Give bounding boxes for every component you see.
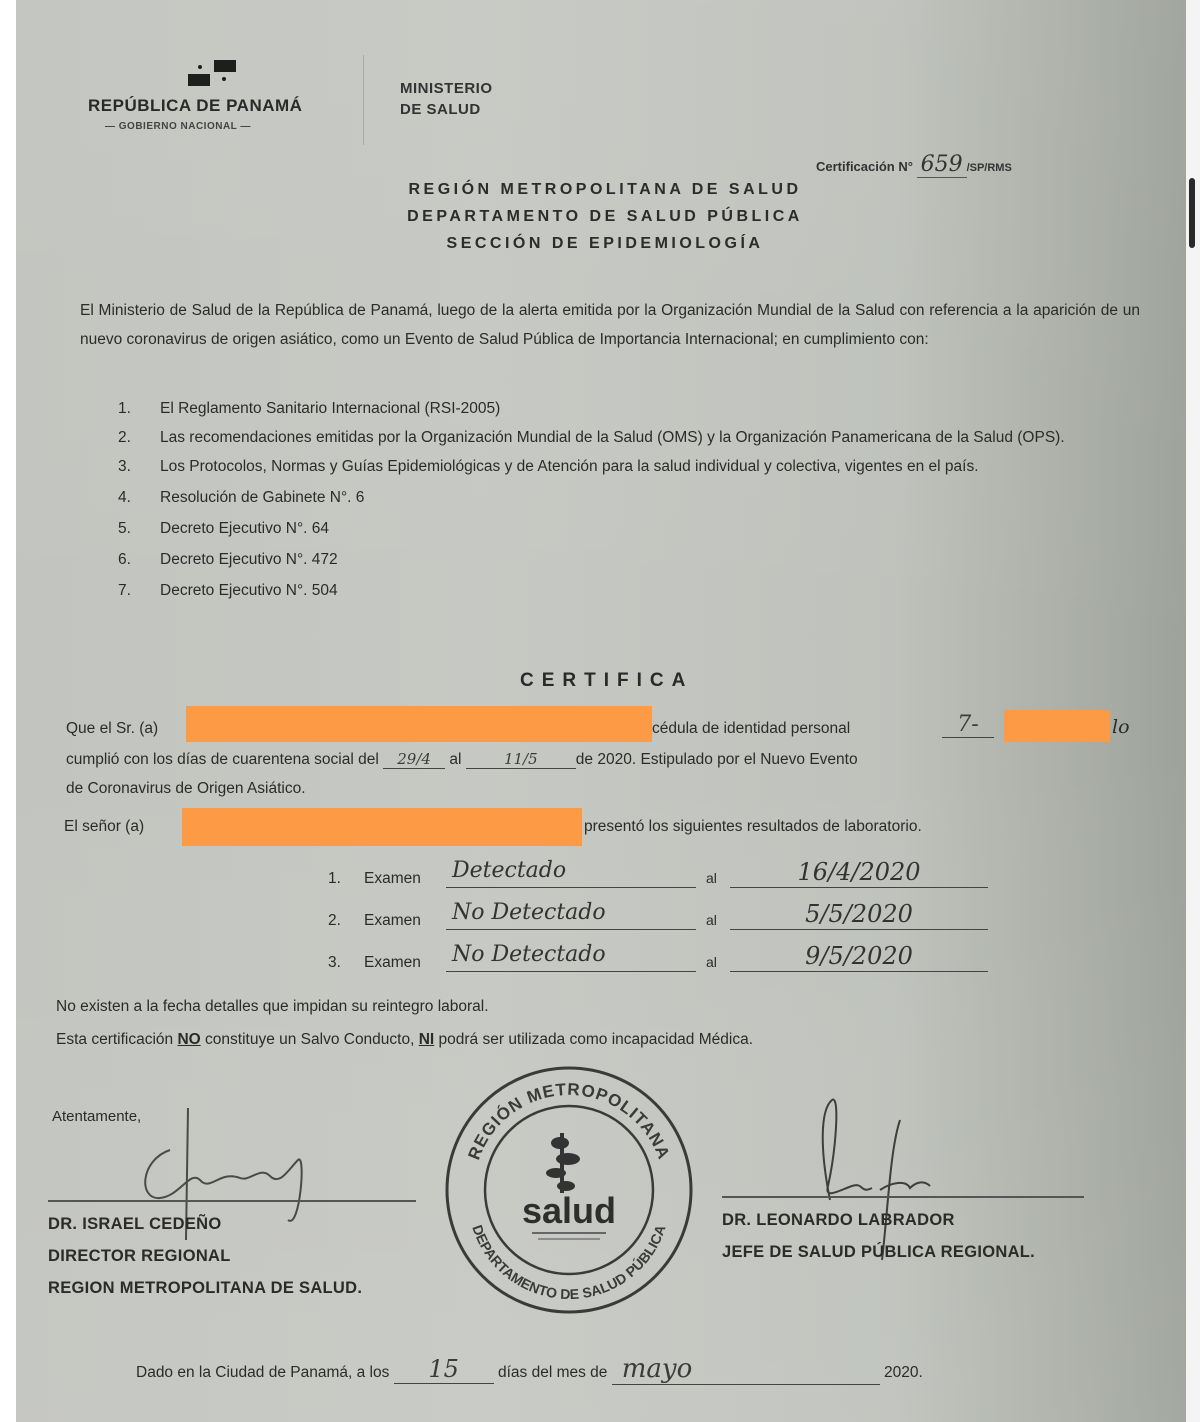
exam-number: 3. [328, 954, 341, 972]
list-item: 2.Las recomendaciones emitidas por la Or… [118, 423, 1138, 452]
issue-day: 15 [394, 1355, 494, 1384]
heading-department: DEPARTAMENTO DE SALUD PÚBLICA [350, 203, 860, 230]
year-text: de 2020. Estipulado por el Nuevo Evento [576, 751, 858, 768]
item-number: 4. [118, 483, 160, 512]
exam-al: al [706, 912, 717, 928]
statement-line-1: Que el Sr. (a) [66, 720, 158, 738]
issue-month: mayo [612, 1354, 880, 1385]
exam-al: al [706, 954, 717, 970]
item-text: Resolución de Gabinete N°. 6 [160, 483, 1138, 512]
svg-text:salud: salud [522, 1190, 616, 1231]
cumplio-label: cumplió con los días de cuarentena socia… [66, 751, 379, 768]
item-number: 1. [118, 394, 160, 423]
government-label: — GOBIERNO NACIONAL — [105, 121, 251, 132]
list-item: 7.Decreto Ejecutivo N°. 504 [118, 576, 1138, 605]
item-number: 5. [118, 514, 160, 543]
exam-label: Examen [364, 912, 421, 930]
edge-mark [1189, 178, 1195, 248]
issue-year: 2020. [884, 1364, 923, 1381]
signatory-left-org: REGION METROPOLITANA DE SALUD. [48, 1272, 362, 1304]
ministry-name: MINISTERIO DE SALUD [400, 78, 493, 120]
panama-flag-icon [188, 58, 238, 90]
cedula-label: cédula de identidad personal [652, 720, 850, 737]
redacted-cedula [1004, 710, 1110, 742]
item-number: 2. [118, 423, 160, 452]
item-text: Las recomendaciones emitidas por la Orga… [160, 423, 1138, 452]
certifica-title: CERTIFICA [520, 670, 693, 692]
from-date: 29/4 [383, 750, 445, 769]
item-number: 3. [118, 452, 160, 481]
closing-text-a: Esta certificación [56, 1031, 177, 1048]
list-item: 6.Decreto Ejecutivo N°. 472 [118, 545, 1138, 574]
statement-line-3: de Coronavirus de Origen Asiático. [66, 780, 306, 798]
issued-statement: Dado en la Ciudad de Panamá, a los 15 dí… [136, 1354, 923, 1385]
cedula-prefix: 7- [942, 712, 994, 738]
certification-suffix: /SP/RMS [967, 162, 1012, 174]
to-date: 11/5 [466, 750, 576, 769]
closing-text-c: podrá ser utilizada como incapacidad Méd… [434, 1031, 753, 1048]
item-text: Decreto Ejecutivo N°. 504 [160, 576, 1138, 605]
signatory-right-title: JEFE DE SALUD PÚBLICA REGIONAL. [722, 1236, 1035, 1268]
cedula-prefix-value: 7- [942, 712, 994, 738]
certification-label: Certificación N° [816, 159, 913, 174]
exam-date: 5/5/2020 [730, 900, 988, 930]
item-text: Los Protocolos, Normas y Guías Epidemiol… [160, 452, 1138, 481]
senor-label: El señor (a) [64, 818, 144, 836]
signatory-left-title: DIRECTOR REGIONAL [48, 1240, 362, 1272]
que-el-label: Que el Sr. (a) [66, 720, 158, 737]
redacted-name [186, 706, 652, 742]
exam-al: al [706, 870, 717, 886]
mes-label: días del mes de [498, 1364, 607, 1381]
intro-paragraph: El Ministerio de Salud de la República d… [80, 296, 1140, 354]
item-number: 7. [118, 576, 160, 605]
list-item: 4.Resolución de Gabinete N°. 6 [118, 483, 1138, 512]
exam-result: Detectado [446, 858, 696, 888]
cedula-label-line: cédula de identidad personal [652, 720, 850, 738]
statement-line-2: cumplió con los días de cuarentena socia… [66, 750, 858, 769]
signatory-right-name: DR. LEONARDO LABRADOR [722, 1204, 1035, 1236]
signature-line-left [48, 1200, 416, 1202]
exam-number: 1. [328, 870, 341, 888]
item-text: El Reglamento Sanitario Internacional (R… [160, 394, 1138, 423]
list-item: 1.El Reglamento Sanitario Internacional … [118, 394, 1138, 423]
signature-line-right [722, 1196, 1084, 1198]
closing-text: No existen a la fecha detalles que impid… [56, 990, 753, 1056]
signatory-left-name: DR. ISRAEL CEDEÑO [48, 1208, 362, 1240]
item-text: Decreto Ejecutivo N°. 472 [160, 545, 1138, 574]
closing-ni: NI [419, 1031, 435, 1048]
redacted-name-2 [182, 808, 582, 846]
government-text: GOBIERNO NACIONAL [119, 121, 237, 132]
closing-no: NO [177, 1031, 200, 1048]
list-item: 3.Los Protocolos, Normas y Guías Epidemi… [118, 452, 1138, 481]
exam-date: 9/5/2020 [730, 942, 988, 972]
al-label: al [449, 751, 461, 768]
country-name: REPÚBLICA DE PANAMÁ [88, 96, 302, 116]
closing-line-2: Esta certificación NO constituye un Salv… [56, 1023, 753, 1056]
exam-number: 2. [328, 912, 341, 930]
dado-label: Dado en la Ciudad de Panamá, a los [136, 1364, 389, 1381]
certification-number-value: 659 [917, 152, 967, 178]
cedula-suffix: lo [1112, 716, 1130, 738]
exam-row: 2. Examen No Detectado al 5/5/2020 [328, 900, 998, 936]
item-text: Decreto Ejecutivo N°. 64 [160, 514, 1138, 543]
exam-result: No Detectado [446, 900, 696, 930]
legal-basis-list: 1.El Reglamento Sanitario Internacional … [118, 394, 1138, 605]
heading-section: SECCIÓN DE EPIDEMIOLOGÍA [350, 230, 860, 257]
header-divider [363, 55, 364, 145]
exam-date: 16/4/2020 [730, 858, 988, 888]
ministry-line2: DE SALUD [400, 99, 493, 120]
heading-region: REGIÓN METROPOLITANA DE SALUD [350, 176, 860, 203]
exam-label: Examen [364, 954, 421, 972]
ministry-line1: MINISTERIO [400, 78, 493, 99]
signatory-left: DR. ISRAEL CEDEÑO DIRECTOR REGIONAL REGI… [48, 1208, 362, 1304]
closing-text-b: constituye un Salvo Conducto, [201, 1031, 419, 1048]
department-headings: REGIÓN METROPOLITANA DE SALUD DEPARTAMEN… [350, 176, 860, 257]
exam-result: No Detectado [446, 942, 696, 972]
list-item: 5.Decreto Ejecutivo N°. 64 [118, 514, 1138, 543]
item-number: 6. [118, 545, 160, 574]
exam-label: Examen [364, 870, 421, 888]
official-stamp-icon: REGIÓN METROPOLITANA DEPARTAMENTO DE SAL… [442, 1063, 696, 1317]
signatory-right: DR. LEONARDO LABRADOR JEFE DE SALUD PÚBL… [722, 1204, 1035, 1268]
exam-row: 3. Examen No Detectado al 9/5/2020 [328, 942, 998, 978]
exam-row: 1. Examen Detectado al 16/4/2020 [328, 858, 998, 894]
certification-number: Certificación N° 659/SP/RMS [816, 152, 1012, 177]
closing-line-1: No existen a la fecha detalles que impid… [56, 990, 753, 1023]
presento-text: presentó los siguientes resultados de la… [584, 818, 922, 836]
